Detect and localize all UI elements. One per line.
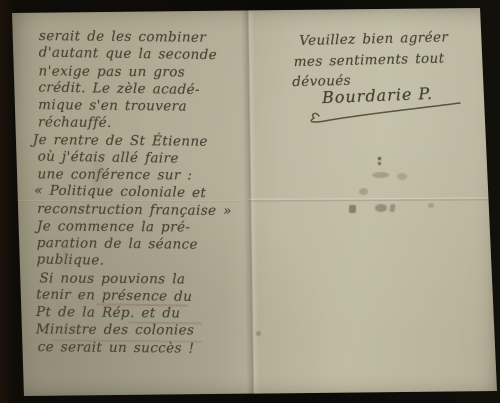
letter-line: n'exige pas un gros	[38, 63, 250, 82]
scan-background: serait de les combiner d'autant que la s…	[0, 0, 500, 403]
letter-line: Si nous pouvions la	[39, 270, 248, 289]
letter-line: reconstruction française »	[37, 200, 249, 219]
letter-line: Je commence la pré-	[37, 218, 249, 237]
ink-bleed-mark	[60, 245, 70, 271]
letter-line: « Politique coloniale et	[34, 183, 249, 203]
letter-line: crédit. Le zèle acadé-	[38, 79, 250, 99]
letter-line: Ministre des colonies	[36, 322, 248, 341]
letter-line: réchauffé.	[38, 115, 250, 134]
horizontal-crease-right	[249, 197, 495, 201]
ink-bleed-mark	[378, 157, 381, 160]
letter-line: Pt de la Rép. et du	[36, 304, 248, 323]
ink-bleed-mark	[372, 172, 389, 178]
ink-bleed-mark	[428, 203, 434, 208]
ink-bleed-mark	[256, 331, 261, 336]
letter-right-page: Veuillez bien agréer mes sentiments tout…	[299, 26, 490, 92]
letter-left-page: serait de les combiner d'autant que la s…	[36, 28, 251, 358]
signature-flourish	[300, 96, 480, 124]
letter-paper: serait de les combiner d'autant que la s…	[0, 0, 500, 403]
letter-line: mique s'en trouvera	[38, 97, 250, 116]
ink-bleed-mark	[92, 160, 104, 190]
ink-bleed-mark	[375, 204, 387, 212]
ink-bleed-mark	[389, 204, 396, 213]
ink-bleed-mark	[359, 188, 368, 195]
ink-bleed-mark	[397, 173, 407, 180]
letter-line: d'autant que la seconde	[39, 45, 251, 65]
ink-bleed-mark	[349, 205, 356, 213]
